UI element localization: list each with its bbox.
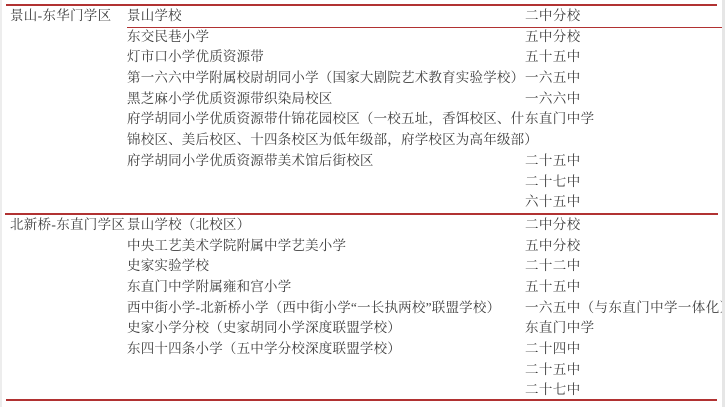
primary-school-cell: 西中街小学-北新桥小学（西中街小学“一长执两校”联盟学校） xyxy=(127,298,525,319)
primary-school-cell: 灯市口小学优质资源带 xyxy=(127,47,525,68)
middle-school-cell: 二十五中 xyxy=(525,360,722,381)
district-cell xyxy=(2,27,127,48)
district-cell xyxy=(2,68,127,89)
district-cell xyxy=(2,298,127,319)
district-cell: 景山-东华门学区 xyxy=(2,6,127,28)
table-body: 景山-东华门学区景山学校二中分校东交民巷小学五中分校灯市口小学优质资源带五十五中… xyxy=(2,6,722,401)
primary-school-cell: 景山学校（北校区） xyxy=(127,215,525,236)
table-row: 二十五中 xyxy=(2,360,722,381)
middle-school-cell: 五中分校 xyxy=(525,236,722,257)
middle-school-cell: 二中分校 xyxy=(525,215,722,236)
district-cell xyxy=(2,47,127,68)
middle-school-cell: 一六五中 xyxy=(525,68,722,89)
middle-school-cell: 二十五中 xyxy=(525,151,722,172)
table-row: 景山-东华门学区景山学校二中分校 xyxy=(2,6,722,27)
district-cell xyxy=(2,256,127,277)
primary-school-cell: 东四十四条小学（五中学分校深度联盟学校） xyxy=(127,339,525,360)
table-row: 黑芝麻小学优质资源带织染局校区一六六中 xyxy=(2,89,722,110)
primary-school-cell: 东直门中学附属雍和宫小学 xyxy=(127,277,525,298)
primary-school-cell xyxy=(127,380,525,401)
table-row: 二十七中 xyxy=(2,380,722,401)
primary-school-cell: 第一六六中学附属校尉胡同小学（国家大剧院艺术教育实验学校） xyxy=(127,68,525,89)
district-cell xyxy=(2,318,127,339)
table-row: 府学胡同小学优质资源带美术馆后街校区二十五中 xyxy=(2,151,722,172)
middle-school-cell: 东直门中学 xyxy=(525,109,722,130)
district-cell xyxy=(2,172,127,193)
table-row: 府学胡同小学优质资源带什锦花园校区（一校五址，香饵校区、什东直门中学 xyxy=(2,109,722,130)
district-cell: 北新桥-东直门学区 xyxy=(2,215,127,236)
table-row: 史家实验学校二十二中 xyxy=(2,256,722,277)
middle-school-cell: 一六六中 xyxy=(525,89,722,110)
table-row: 西中街小学-北新桥小学（西中街小学“一长执两校”联盟学校）一六五中（与东直门中学… xyxy=(2,298,722,319)
middle-school-cell: 五十五中 xyxy=(525,277,722,298)
primary-school-cell: 黑芝麻小学优质资源带织染局校区 xyxy=(127,89,525,110)
table-row: 东交民巷小学五中分校 xyxy=(2,27,722,48)
table-bottom-border xyxy=(6,399,717,401)
district-cell xyxy=(2,360,127,381)
table-row: 六十五中 xyxy=(2,192,722,213)
primary-school-cell xyxy=(127,172,525,193)
primary-school-cell: 史家小学分校（史家胡同小学深度联盟学校） xyxy=(127,318,525,339)
school-district-table-page: 景山-东华门学区景山学校二中分校东交民巷小学五中分校灯市口小学优质资源带五十五中… xyxy=(0,0,725,407)
middle-school-cell: 二十二中 xyxy=(525,256,722,277)
table-row: 二十七中 xyxy=(2,172,722,193)
table-row: 中央工艺美术学院附属中学艺美小学五中分校 xyxy=(2,236,722,257)
middle-school-cell: 二十四中 xyxy=(525,339,722,360)
district-cell xyxy=(2,339,127,360)
primary-school-cell: 中央工艺美术学院附属中学艺美小学 xyxy=(127,236,525,257)
table-row: 灯市口小学优质资源带五十五中 xyxy=(2,47,722,68)
district-cell xyxy=(2,277,127,298)
middle-school-cell: 二中分校 xyxy=(525,6,722,28)
district-section: 北新桥-东直门学区景山学校（北校区）二中分校中央工艺美术学院附属中学艺美小学五中… xyxy=(2,215,722,401)
district-cell xyxy=(2,236,127,257)
district-cell xyxy=(2,151,127,172)
middle-school-cell: 一六五中（与东直门中学一体化） xyxy=(525,298,725,319)
primary-school-cell xyxy=(127,192,525,213)
middle-school-cell: 五十五中 xyxy=(525,47,722,68)
primary-school-cell xyxy=(127,360,525,381)
primary-school-cell: 史家实验学校 xyxy=(127,256,525,277)
district-cell xyxy=(2,130,127,151)
middle-school-cell: 二十七中 xyxy=(525,380,722,401)
table-row: 第一六六中学附属校尉胡同小学（国家大剧院艺术教育实验学校）一六五中 xyxy=(2,68,722,89)
district-section: 景山-东华门学区景山学校二中分校东交民巷小学五中分校灯市口小学优质资源带五十五中… xyxy=(2,6,722,213)
table-row: 史家小学分校（史家胡同小学深度联盟学校）东直门中学 xyxy=(2,318,722,339)
primary-school-cell: 东交民巷小学 xyxy=(127,27,525,48)
primary-school-cell: 府学胡同小学优质资源带美术馆后街校区 xyxy=(127,151,525,172)
district-cell xyxy=(2,380,127,401)
district-cell xyxy=(2,89,127,110)
table-row: 东四十四条小学（五中学分校深度联盟学校）二十四中 xyxy=(2,339,722,360)
middle-school-cell: 六十五中 xyxy=(525,192,722,213)
table-row: 锦校区、美后校区、十四条校区为低年级部，府学校区为高年级部） xyxy=(2,130,722,151)
middle-school-cell: 五中分校 xyxy=(525,27,722,48)
table-row: 东直门中学附属雍和宫小学五十五中 xyxy=(2,277,722,298)
middle-school-cell: 东直门中学 xyxy=(525,318,722,339)
primary-school-cell: 景山学校 xyxy=(127,6,525,28)
district-cell xyxy=(2,109,127,130)
primary-school-cell: 锦校区、美后校区、十四条校区为低年级部，府学校区为高年级部） xyxy=(127,130,525,151)
middle-school-cell: 二十七中 xyxy=(525,172,722,193)
table-row: 北新桥-东直门学区景山学校（北校区）二中分校 xyxy=(2,215,722,236)
middle-school-cell xyxy=(525,130,722,151)
district-cell xyxy=(2,192,127,213)
primary-school-cell: 府学胡同小学优质资源带什锦花园校区（一校五址，香饵校区、什 xyxy=(127,109,525,130)
